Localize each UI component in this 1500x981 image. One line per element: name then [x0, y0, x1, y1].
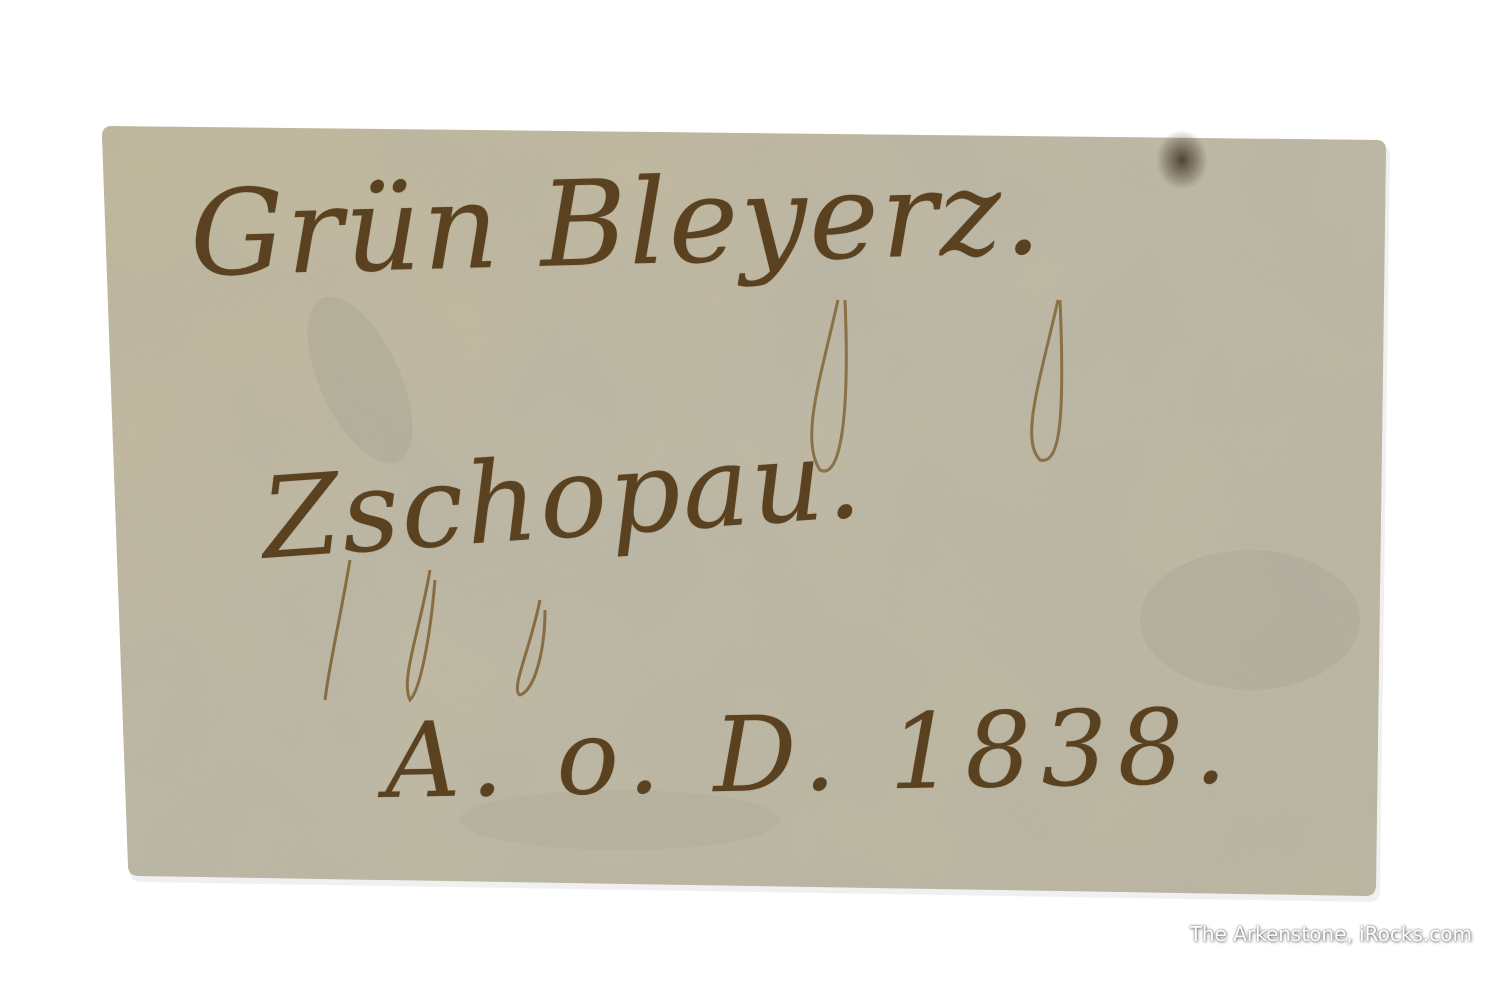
label-line-mineral-name: Grün Bleyerz. — [188, 143, 1044, 303]
label-line-date: A. o. D. 1838. — [384, 685, 1238, 822]
photo-credit-watermark: The Arkenstone, iRocks.com — [1190, 922, 1472, 946]
photo-canvas: Grün Bleyerz. Zschopau. A. o. D. 1838. T… — [0, 0, 1500, 981]
